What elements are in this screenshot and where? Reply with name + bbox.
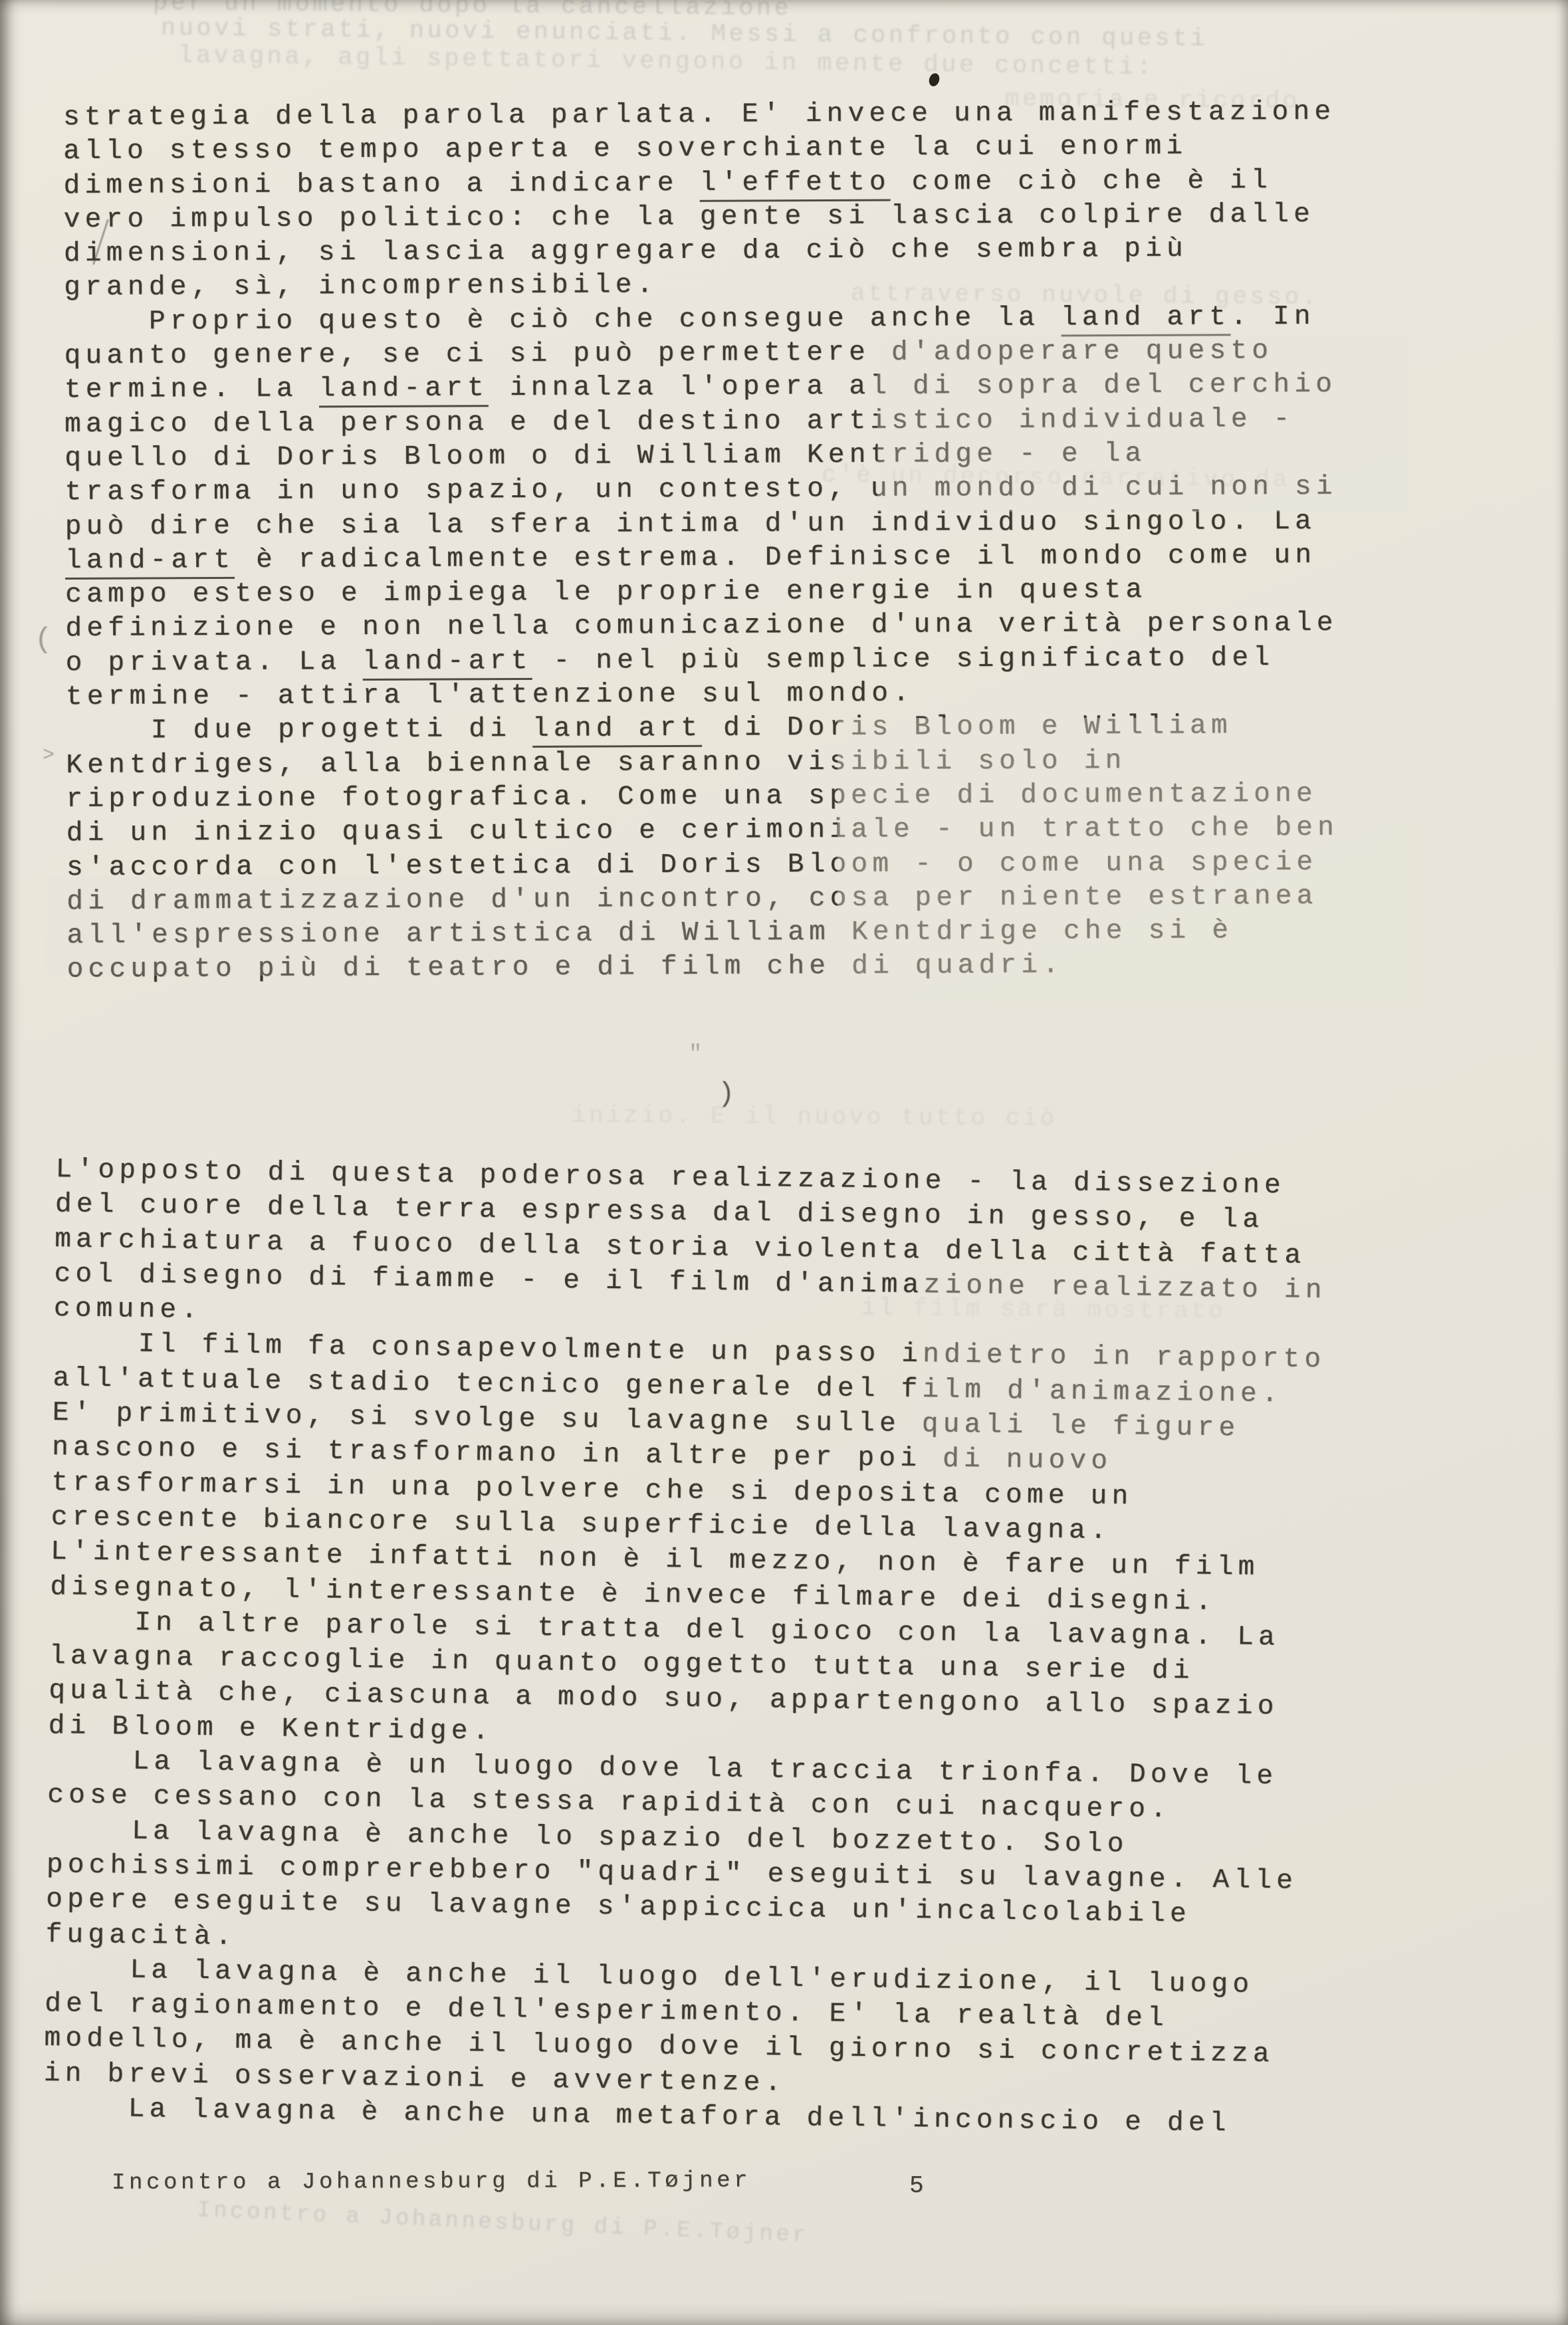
- text-line: di drammatizzazione d'un incontro, cosa …: [66, 879, 1339, 919]
- margin-pen-mark-2: >: [43, 744, 55, 767]
- text-line: può dire che sia la sfera intima d'un in…: [65, 504, 1337, 544]
- text-line: s'accorda con l'estetica di Doris Bloom …: [66, 845, 1339, 885]
- text-line: occupato più di teatro e di film che di …: [67, 948, 1339, 988]
- text-line: campo esteso e impiega le proprie energi…: [65, 573, 1337, 613]
- page-number: 5: [909, 2172, 924, 2199]
- text-line: I due progetti di land art di Doris Bloo…: [66, 709, 1338, 749]
- text-line: termine - attira l'attenzione sul mondo.: [66, 675, 1338, 715]
- text-line: land-art è radicalmente estrema. Definis…: [65, 539, 1337, 579]
- text-line: all'espressione artistica di William Ken…: [66, 914, 1339, 954]
- typewritten-text-block-upper: strategia della parola parlata. E' invec…: [63, 96, 1339, 988]
- text-line: Proprio questo è ciò che consegue anche …: [64, 300, 1336, 340]
- text-line: allo stesso tempo aperta e soverchiante …: [63, 130, 1335, 169]
- ghost-text-line: Incontro a Johannesburg di P.E.Tøjner: [197, 2198, 810, 2249]
- text-line: termine. La land-art innalza l'opera al …: [64, 368, 1337, 408]
- text-line: o privata. La land-art - nel più semplic…: [66, 641, 1338, 681]
- stray-quote-mark: ": [689, 1042, 702, 1067]
- text-line: strategia della parola parlata. E' invec…: [63, 96, 1335, 136]
- text-line: dimensioni, si lascia aggregare da ciò c…: [64, 232, 1336, 272]
- text-line: dimensioni bastano a indicare l'effetto …: [63, 164, 1335, 203]
- footer-credit: Incontro a Johannesburg di P.E.Tøjner: [112, 2168, 751, 2195]
- text-line: magico della persona e del destino artis…: [64, 402, 1337, 442]
- scanned-typewritten-page: per un momento dopo la cancellazionenuov…: [0, 0, 1568, 2325]
- text-line: definizione e non nella comunicazione d'…: [65, 607, 1337, 647]
- typewritten-text-block-lower: L'opposto di questa poderosa realizzazio…: [43, 1153, 1328, 2142]
- text-line: riproduzione fotografica. Come una speci…: [66, 778, 1338, 818]
- text-line: quanto genere, se ci si può permettere d…: [64, 334, 1337, 374]
- margin-pen-mark: (: [35, 623, 52, 657]
- text-line: trasforma in uno spazio, un contesto, un…: [64, 471, 1337, 510]
- text-line: quello di Doris Bloom o di William Kentr…: [64, 437, 1337, 477]
- text-line: di un inizio quasi cultico e cerimoniale…: [66, 812, 1339, 851]
- ghost-text-line: inizio. E il nuovo tutto ciò: [572, 1101, 1058, 1132]
- text-line: Kentdriges, alla biennale saranno visibi…: [66, 743, 1338, 783]
- text-line: grande, sì, incomprensibile.: [64, 266, 1336, 306]
- text-line: vero impulso politico: che la gente si l…: [64, 198, 1336, 238]
- stray-paren-mark: ): [718, 1078, 734, 1110]
